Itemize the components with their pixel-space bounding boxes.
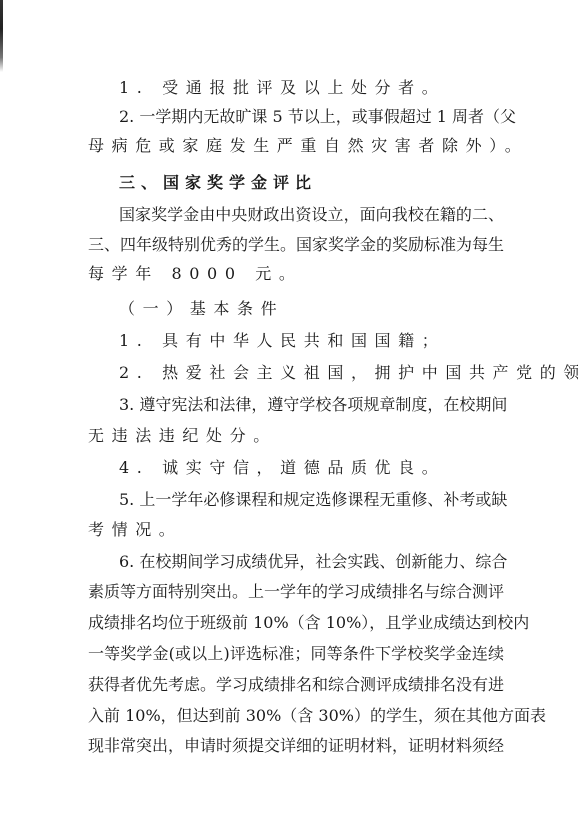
subsection-heading-basic-conditions: （一）基本条件 <box>119 297 504 321</box>
condition-item-6-cont-1: 素质等方面特别突出。上一学年的学习成绩排名与综合测评 <box>88 580 504 604</box>
disqualification-item-2-cont: 母病危或家庭发生严重自然灾害者除外）。 <box>88 134 504 158</box>
condition-item-6-cont-2: 成绩排名均位于班级前 10%（含 10%），且学业成绩达到校内 <box>88 611 504 635</box>
disqualification-item-2: 2. 一学期内无故旷课 5 节以上，或事假超过 1 周者（父 <box>119 105 504 129</box>
condition-item-6-cont-4: 获得者优先考虑。学习成绩排名和综合测评成绩排名没有进 <box>88 673 504 697</box>
disqualification-item-1: 1. 受通报批评及以上处分者。 <box>119 76 504 100</box>
section-heading-national-scholarship: 三、国家奖学金评比 <box>119 171 504 195</box>
condition-item-1: 1. 具有中华人民共和国国籍； <box>119 329 504 353</box>
condition-item-6-cont-3: 一等奖学金(或以上)评选标准；同等条件下学校奖学金连续 <box>88 642 504 666</box>
condition-item-3: 3. 遵守宪法和法律，遵守学校各项规章制度，在校期间 <box>119 393 504 417</box>
intro-paragraph-line-2: 三、四年级特别优秀的学生。国家奖学金的奖励标准为每生 <box>88 233 504 257</box>
condition-item-5-cont: 考情况。 <box>88 518 504 542</box>
condition-item-3-cont: 无违法违纪处分。 <box>88 424 504 448</box>
intro-paragraph-line-1: 国家奖学金由中央财政出资设立，面向我校在籍的二、 <box>119 203 504 227</box>
scan-edge-shadow <box>0 0 3 72</box>
intro-paragraph-line-3: 每学年 8000 元。 <box>88 262 504 286</box>
condition-item-5: 5. 上一学年必修课程和规定选修课程无重修、补考或缺 <box>119 488 504 512</box>
condition-item-2: 2. 热爱社会主义祖国，拥护中国共产党的领导。 <box>119 361 504 385</box>
condition-item-4: 4. 诚实守信，道德品质优良。 <box>119 456 504 480</box>
condition-item-6: 6. 在校期间学习成绩优异，社会实践、创新能力、综合 <box>119 550 504 574</box>
condition-item-6-cont-6: 现非常突出，申请时须提交详细的证明材料，证明材料须经 <box>88 734 504 758</box>
condition-item-6-cont-5: 入前 10%，但达到前 30%（含 30%）的学生，须在其他方面表 <box>88 704 504 728</box>
